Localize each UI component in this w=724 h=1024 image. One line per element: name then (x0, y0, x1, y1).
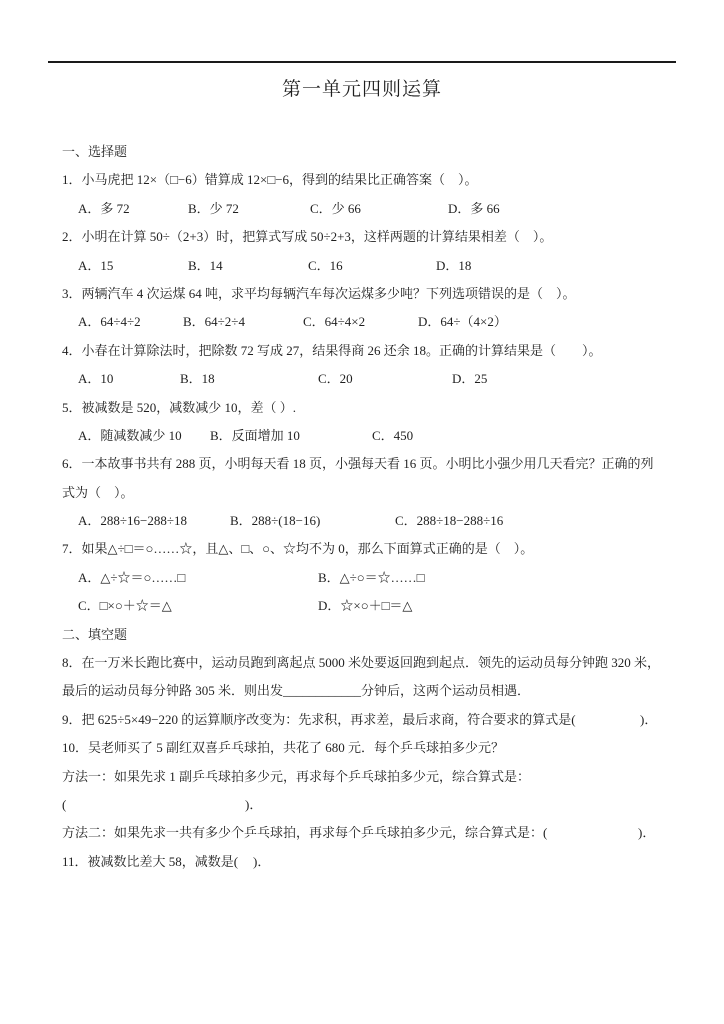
question-7-segment: 7．如果△÷□＝○……☆，且△、□、○、☆均不为 0，那么下面算式正确的是（ ）… (62, 535, 533, 563)
question-2-options: A．15B．14C．16D．18 (62, 252, 672, 280)
question-10-method-2: 方法二：如果先求一共有多少个乒乓球拍，再求每个乒乓球拍多少元，综合算式是：()． (62, 819, 672, 847)
question-3: 3．两辆汽车 4 次运煤 64 吨，求平均每辆汽车每次运煤多少吨？下列选项错误的… (62, 280, 672, 308)
question-11-segment: )． (253, 848, 270, 876)
question-4-options-segment: B．18 (180, 365, 215, 393)
question-3-options-segment: A．64÷4÷2 (78, 308, 141, 336)
question-5-options: A．随减数减少 10B．反面增加 10C．450 (62, 422, 672, 450)
question-5-options-segment: C．450 (372, 422, 413, 450)
question-2-options-segment: C．16 (308, 252, 343, 280)
question-4-options-segment: C．20 (318, 365, 353, 393)
question-7-options-row-2: C．□×○＋☆＝△D．☆×○＋□＝△ (62, 592, 672, 620)
question-7-options-row-2-segment: D．☆×○＋□＝△ (318, 592, 412, 620)
question-5: 5．被减数是 520，减数减少 10，差（ ）. (62, 394, 672, 422)
document-body: 一、选择题1．小马虎把 12×（□−6）错算成 12×□−6，得到的结果比正确答… (62, 138, 672, 876)
question-6-options-segment: B．288÷(18−16) (230, 507, 320, 535)
question-5-options-segment: B．反面增加 10 (210, 422, 300, 450)
question-10-method-1-blank: ()． (62, 791, 672, 819)
question-6-line-1: 6．一本故事书共有 288 页，小明每天看 18 页，小强每天看 16 页。小明… (62, 450, 672, 478)
worksheet-page: 第一单元四则运算 一、选择题1．小马虎把 12×（□−6）错算成 12×□−6，… (0, 0, 724, 1024)
question-4-options-segment: D．25 (452, 365, 487, 393)
question-7: 7．如果△÷□＝○……☆，且△、□、○、☆均不为 0，那么下面算式正确的是（ ）… (62, 535, 672, 563)
question-4-segment: 4．小春在计算除法时，把除数 72 写成 27，结果得商 26 还余 18。正确… (62, 337, 602, 365)
question-6-options: A．288÷16−288÷18B．288÷(18−16)C．288÷18−288… (62, 507, 672, 535)
question-8-line-1-segment: 8．在一万米长跑比赛中，运动员跑到离起点 5000 米处要返回跑到起点．领先的运… (62, 649, 660, 677)
question-2-segment: 2．小明在计算 50÷（2+3）时，把算式写成 50÷2+3，这样两题的计算结果… (62, 223, 552, 251)
question-7-options-row-2-segment: C．□×○＋☆＝△ (78, 592, 172, 620)
question-1-options-segment: A．多 72 (78, 195, 130, 223)
section-heading-fill-blank-segment: 二、填空题 (62, 621, 127, 649)
question-9: 9．把 625÷5×49−220 的运算顺序改变为：先求积，再求差，最后求商，符… (62, 706, 672, 734)
question-10-method-1-blank-segment: ( (62, 791, 66, 819)
question-1-options-segment: D．多 66 (448, 195, 500, 223)
question-3-options-segment: C．64÷4×2 (303, 308, 365, 336)
question-4-options: A．10B．18C．20D．25 (62, 365, 672, 393)
question-10-method-1-blank-segment: )． (245, 791, 262, 819)
question-9-segment: )． (640, 706, 657, 734)
question-1-segment: 1．小马虎把 12×（□−6）错算成 12×□−6，得到的结果比正确答案（ ）。 (62, 166, 478, 194)
section-heading-fill-blank: 二、填空题 (62, 621, 672, 649)
question-2-options-segment: A．15 (78, 252, 113, 280)
question-3-options-segment: D．64÷（4×2） (418, 308, 507, 336)
question-5-options-segment: A．随减数减少 10 (78, 422, 182, 450)
question-7-options-row-1-segment: B．△÷○＝☆……□ (318, 564, 425, 592)
section-heading-choice: 一、选择题 (62, 138, 672, 166)
question-6-line-2: 式为（ ）。 (62, 479, 672, 507)
question-6-options-segment: A．288÷16−288÷18 (78, 507, 187, 535)
question-10: 10．吴老师买了 5 副红双喜乒乓球拍，共花了 680 元．每个乒乓球拍多少元？ (62, 734, 672, 762)
header-rule (48, 61, 676, 63)
question-10-method-1-segment: 方法一：如果先求 1 副乒乓球拍多少元，再求每个乒乓球拍多少元，综合算式是： (62, 763, 530, 791)
question-5-segment: 5．被减数是 520，减数减少 10，差（ ）. (62, 394, 296, 422)
question-1: 1．小马虎把 12×（□−6）错算成 12×□−6，得到的结果比正确答案（ ）。 (62, 166, 672, 194)
question-6-line-1-segment: 6．一本故事书共有 288 页，小明每天看 18 页，小强每天看 16 页。小明… (62, 450, 654, 478)
question-9-segment: 9．把 625÷5×49−220 的运算顺序改变为：先求积，再求差，最后求商，符… (62, 706, 576, 734)
question-2-options-segment: D．18 (436, 252, 471, 280)
page-title: 第一单元四则运算 (0, 74, 724, 101)
section-heading-choice-segment: 一、选择题 (62, 138, 127, 166)
question-1-options: A．多 72B．少 72C．少 66D．多 66 (62, 195, 672, 223)
question-2-options-segment: B．14 (188, 252, 223, 280)
question-8-line-2: 最后的运动员每分钟路 305 米．则出发____________分钟后，这两个运… (62, 677, 672, 705)
question-1-options-segment: B．少 72 (188, 195, 239, 223)
question-8-line-1: 8．在一万米长跑比赛中，运动员跑到离起点 5000 米处要返回跑到起点．领先的运… (62, 649, 672, 677)
question-6-line-2-segment: 式为（ ）。 (62, 479, 134, 507)
question-4: 4．小春在计算除法时，把除数 72 写成 27，结果得商 26 还余 18。正确… (62, 337, 672, 365)
question-10-method-2-segment: )． (638, 819, 655, 847)
question-10-method-1: 方法一：如果先求 1 副乒乓球拍多少元，再求每个乒乓球拍多少元，综合算式是： (62, 763, 672, 791)
question-1-options-segment: C．少 66 (310, 195, 361, 223)
question-3-segment: 3．两辆汽车 4 次运煤 64 吨，求平均每辆汽车每次运煤多少吨？下列选项错误的… (62, 280, 576, 308)
question-7-options-row-1: A．△÷☆＝○……□B．△÷○＝☆……□ (62, 564, 672, 592)
question-6-options-segment: C．288÷18−288÷16 (395, 507, 503, 535)
question-2: 2．小明在计算 50÷（2+3）时，把算式写成 50÷2+3，这样两题的计算结果… (62, 223, 672, 251)
question-3-options: A．64÷4÷2B．64÷2÷4C．64÷4×2D．64÷（4×2） (62, 308, 672, 336)
question-8-line-2-segment: 最后的运动员每分钟路 305 米．则出发____________分钟后，这两个运… (62, 677, 530, 705)
question-4-options-segment: A．10 (78, 365, 113, 393)
question-10-method-2-segment: 方法二：如果先求一共有多少个乒乓球拍，再求每个乒乓球拍多少元，综合算式是：( (62, 819, 547, 847)
question-7-options-row-1-segment: A．△÷☆＝○……□ (78, 564, 185, 592)
question-3-options-segment: B．64÷2÷4 (183, 308, 245, 336)
question-10-segment: 10．吴老师买了 5 副红双喜乒乓球拍，共花了 680 元．每个乒乓球拍多少元？ (62, 734, 504, 762)
question-11-segment: 11．被减数比差大 58，减数是( (62, 848, 238, 876)
question-11: 11．被减数比差大 58，减数是()． (62, 848, 672, 876)
